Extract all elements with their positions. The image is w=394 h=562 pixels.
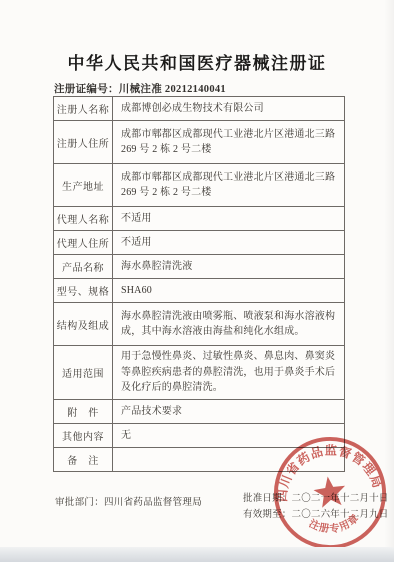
scan-edge-shadow-right — [384, 0, 394, 547]
row-value: 海水鼻腔清洗液 — [113, 255, 344, 278]
table-row: 生产地址 成都市郫都区成都现代工业港北片区港通北三路 269 号 2 栋 2 号… — [54, 163, 344, 206]
row-label: 型号、规格 — [54, 279, 113, 302]
row-label: 备 注 — [54, 448, 113, 471]
row-value: 成都市郫都区成都现代工业港北片区港通北三路 269 号 2 栋 2 号二楼 — [113, 121, 344, 163]
row-label: 其他内容 — [54, 424, 113, 447]
certificate-scan: 中华人民共和国医疗器械注册证 注册证编号：川械注准 20212140041 注册… — [0, 0, 394, 562]
row-label: 注册人住所 — [54, 121, 113, 163]
row-value: SHA60 — [113, 279, 344, 302]
table-row: 适用范围 用于急慢性鼻炎、过敏性鼻炎、鼻息肉、鼻窦炎等鼻腔疾病患者的鼻腔清洗，也… — [54, 345, 344, 399]
scan-edge-shadow-bottom — [0, 547, 394, 562]
approval-date: 批准日期：二〇二一年十二月十日 — [243, 492, 389, 508]
table-row: 注册人住所 成都市郫都区成都现代工业港北片区港通北三路 269 号 2 栋 2 … — [54, 120, 344, 163]
row-value: 无 — [113, 424, 344, 447]
row-label: 代理人名称 — [54, 207, 113, 230]
row-label: 结构及组成 — [54, 303, 113, 345]
row-value: 不适用 — [113, 231, 344, 254]
table-row: 代理人住所 不适用 — [54, 230, 344, 254]
row-label: 适用范围 — [54, 346, 113, 399]
table-row: 代理人名称 不适用 — [54, 206, 344, 230]
page-title: 中华人民共和国医疗器械注册证 — [0, 49, 394, 74]
table-row: 产品名称 海水鼻腔清洗液 — [54, 254, 344, 278]
certificate-dates: 批准日期：二〇二一年十二月十日 有效期至：二〇二六年十二月九日 — [243, 492, 389, 523]
table-row: 注册人名称 成都博创必成生物技术有限公司 — [54, 97, 344, 120]
table-row: 附 件 产品技术要求 — [54, 399, 344, 423]
row-value: 成都博创必成生物技术有限公司 — [113, 97, 344, 120]
registration-number: 注册证编号：川械注准 20212140041 — [54, 81, 226, 96]
table-row: 结构及组成 海水鼻腔清洗液由喷雾瓶、喷液泵和海水溶液构成，其中海水溶液由海盐和纯… — [54, 302, 344, 345]
row-value: 产品技术要求 — [113, 400, 344, 423]
approval-department: 审批部门：四川省药品监督管理局 — [55, 494, 202, 508]
row-value: 不适用 — [113, 207, 344, 230]
valid-until-date: 有效期至：二〇二六年十二月九日 — [243, 508, 389, 524]
row-label: 生产地址 — [54, 164, 113, 206]
row-label: 注册人名称 — [54, 97, 113, 120]
row-value: 成都市郫都区成都现代工业港北片区港通北三路 269 号 2 栋 2 号二楼 — [113, 164, 344, 206]
table-row: 其他内容 无 — [54, 423, 344, 447]
table-row: 型号、规格 SHA60 — [54, 278, 344, 302]
table-row: 备 注 — [54, 447, 344, 471]
row-label: 产品名称 — [54, 255, 113, 278]
row-value — [113, 448, 344, 471]
row-label: 代理人住所 — [54, 231, 113, 254]
certificate-table: 注册人名称 成都博创必成生物技术有限公司 注册人住所 成都市郫都区成都现代工业港… — [53, 96, 345, 472]
row-value: 用于急慢性鼻炎、过敏性鼻炎、鼻息肉、鼻窦炎等鼻腔疾病患者的鼻腔清洗，也用于鼻炎手… — [113, 346, 344, 399]
row-label: 附 件 — [54, 400, 113, 423]
row-value: 海水鼻腔清洗液由喷雾瓶、喷液泵和海水溶液构成，其中海水溶液由海盐和纯化水组成。 — [113, 303, 344, 345]
